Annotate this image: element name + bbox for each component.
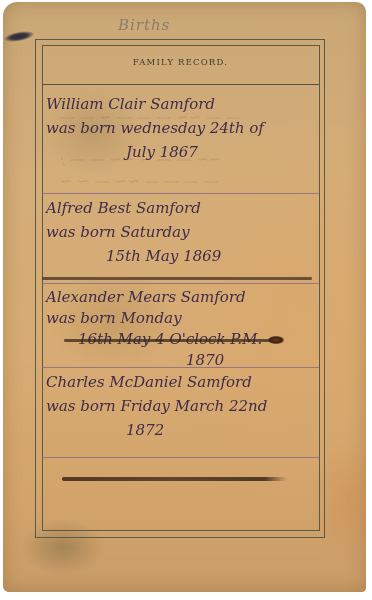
- entry-divider: [42, 193, 319, 194]
- entry-alexander: Alexander Mears Samford was born Monday …: [46, 287, 318, 371]
- entry-line: Alfred Best Samford: [46, 196, 318, 220]
- entry-line: 1872: [46, 418, 318, 442]
- entry-line: was born Saturday: [46, 220, 318, 244]
- entry-line: was born wednesday 24th of: [46, 116, 318, 140]
- bleed-through-text: — — — — ~~ — ~ ~: [60, 172, 219, 190]
- entry-divider: [42, 367, 319, 368]
- ink-bar: [62, 477, 287, 481]
- entry-charles: Charles McDaniel Samford was born Friday…: [46, 370, 318, 442]
- entry-divider: [42, 283, 319, 284]
- entry-line: 15th May 1869: [46, 244, 318, 268]
- entry-line: was born Friday March 22nd: [46, 394, 318, 418]
- page-title: FAMILY RECORD.: [42, 58, 319, 68]
- ink-smear: [42, 277, 312, 280]
- entry-line: Charles McDaniel Samford: [46, 370, 318, 394]
- entry-alfred: Alfred Best Samford was born Saturday 15…: [46, 196, 318, 268]
- entry-line: July 1867: [46, 140, 318, 164]
- header-divider: [42, 84, 319, 85]
- entry-line: William Clair Samford: [46, 92, 318, 116]
- entry-line: Alexander Mears Samford: [46, 287, 318, 308]
- ink-blot: [268, 336, 284, 344]
- entry-william: William Clair Samford was born wednesday…: [46, 92, 318, 164]
- births-annotation: Births: [118, 16, 170, 34]
- entry-line: was born Monday: [46, 308, 318, 329]
- strike-through: [64, 339, 279, 342]
- entry-divider: [42, 457, 319, 458]
